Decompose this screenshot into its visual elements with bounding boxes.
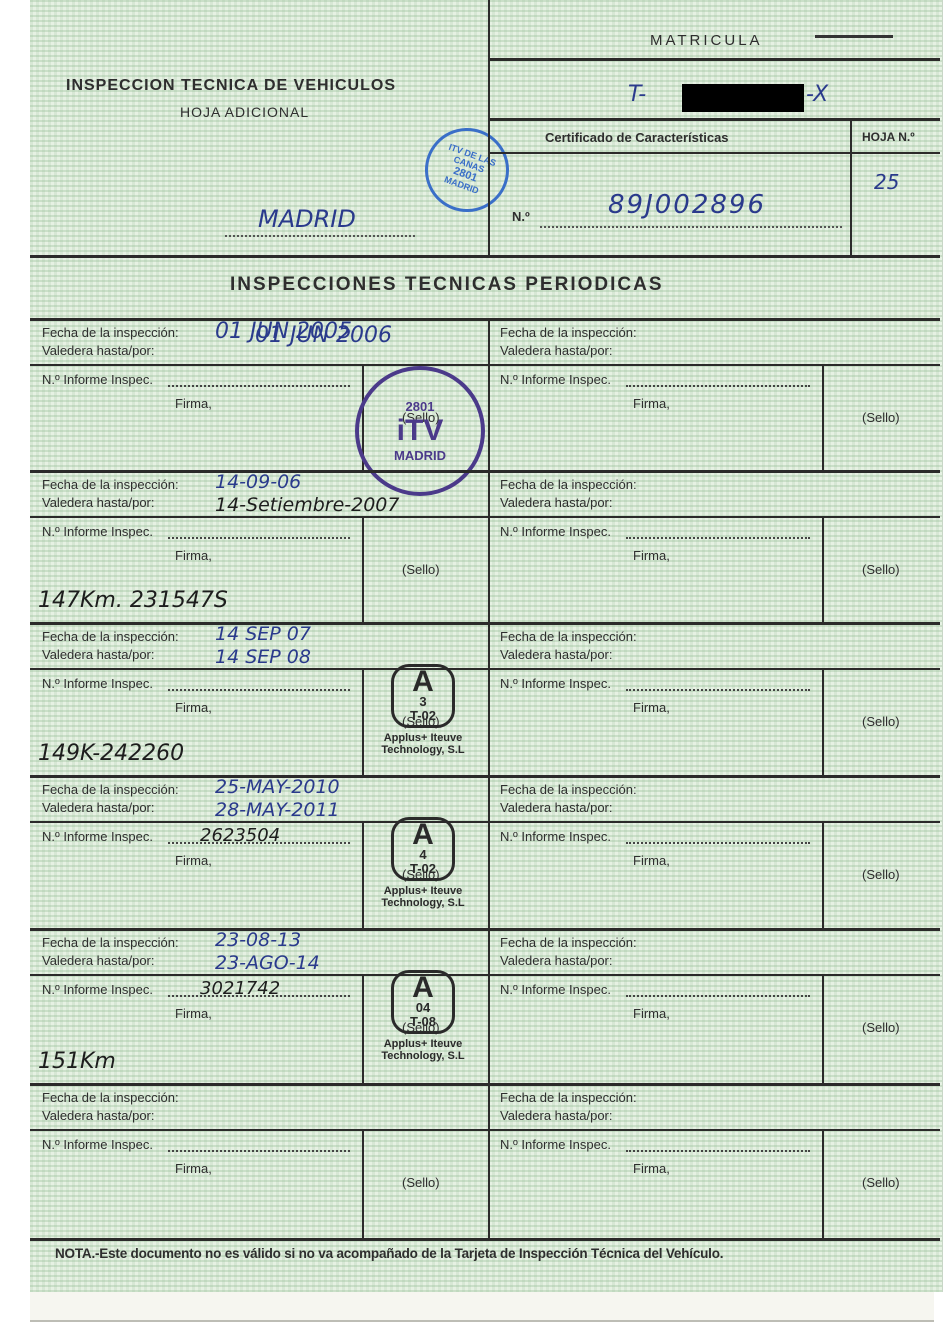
informe-value: 3021742 (200, 978, 280, 999)
plate-prefix: T- (628, 82, 646, 107)
stamp-code: T-02 (410, 862, 436, 876)
valedera-rule (488, 821, 940, 823)
cert-rule (488, 152, 940, 154)
sello-label: (Sello) (862, 1175, 900, 1190)
firma-label: Firma, (175, 396, 212, 411)
valedera-label: Valedera hasta/por: (500, 495, 613, 510)
fecha-label: Fecha de la inspección: (500, 325, 637, 340)
fecha-value: 14 SEP 07 (215, 623, 311, 645)
sello-divider (362, 516, 364, 622)
column-divider (488, 318, 490, 470)
applus-logo-icon: A04T-08 (391, 970, 455, 1034)
informe-label: N.º Informe Inspec. (500, 829, 611, 844)
firma-label: Firma, (175, 700, 212, 715)
valedera-value: 28-MAY-2011 (215, 799, 340, 821)
valedera-value: 14-Setiembre-2007 (215, 494, 399, 516)
valedera-label: Valedera hasta/por: (500, 800, 613, 815)
sello-divider (822, 668, 824, 775)
firma-label: Firma, (175, 548, 212, 563)
stamp-number: 04 (416, 1001, 430, 1015)
informe-label: N.º Informe Inspec. (500, 676, 611, 691)
sello-label: (Sello) (862, 562, 900, 577)
sello-divider (362, 974, 364, 1083)
sello-divider (822, 516, 824, 622)
fecha-label: Fecha de la inspección: (42, 935, 179, 950)
informe-dotted-line (168, 1150, 350, 1152)
sello-divider (822, 1129, 824, 1238)
informe-dotted-line (168, 537, 350, 539)
row-rule (30, 928, 940, 931)
valedera-label: Valedera hasta/por: (42, 800, 155, 815)
handwritten-note: 149K-242260 (38, 741, 184, 766)
stamp-code: T-08 (410, 1015, 436, 1029)
stamp-text: iTV (397, 414, 444, 448)
informe-dotted-line (626, 689, 810, 691)
row-rule (30, 622, 940, 625)
valedera-value: 01 JUN 2006 (255, 323, 392, 348)
firma-label: Firma, (633, 1161, 670, 1176)
informe-label: N.º Informe Inspec. (42, 829, 153, 844)
column-divider (488, 470, 490, 622)
fecha-label: Fecha de la inspección: (500, 629, 637, 644)
sello-divider (822, 821, 824, 928)
stamp-grade: A (412, 669, 434, 695)
informe-label: N.º Informe Inspec. (42, 372, 153, 387)
certificado-numero: 89J002896 (608, 190, 766, 220)
valedera-label: Valedera hasta/por: (500, 343, 613, 358)
fecha-value: 23-08-13 (215, 929, 301, 951)
firma-label: Firma, (633, 396, 670, 411)
sello-label: (Sello) (402, 1175, 440, 1190)
row-rule (30, 1083, 940, 1086)
firma-label: Firma, (633, 1006, 670, 1021)
stamp-code: T-02 (410, 709, 436, 723)
valedera-label: Valedera hasta/por: (42, 495, 155, 510)
plate-rule (488, 118, 940, 121)
informe-dotted-line (626, 385, 810, 387)
valedera-label: Valedera hasta/por: (42, 343, 155, 358)
nota-text: NOTA.-Este documento no es válido si no … (55, 1246, 723, 1261)
firma-label: Firma, (633, 700, 670, 715)
valedera-label: Valedera hasta/por: (500, 1108, 613, 1123)
sello-divider (822, 974, 824, 1083)
valedera-rule (30, 1129, 488, 1131)
sello-label: (Sello) (862, 1020, 900, 1035)
sello-label: (Sello) (862, 410, 900, 425)
stamp-number: 3 (419, 695, 426, 709)
sello-label: (Sello) (862, 714, 900, 729)
valedera-label: Valedera hasta/por: (42, 953, 155, 968)
informe-label: N.º Informe Inspec. (500, 372, 611, 387)
fecha-label: Fecha de la inspección: (42, 1090, 179, 1105)
informe-dotted-line (626, 995, 810, 997)
handwritten-note: 147Km. 231547S (38, 588, 228, 613)
sello-divider (362, 821, 364, 928)
valedera-rule (488, 516, 940, 518)
city-dotted-line (225, 235, 415, 237)
matricula-label: MATRICULA (650, 32, 763, 49)
document-title: INSPECCION TECNICA DE VEHICULOS (66, 77, 396, 95)
firma-label: Firma, (175, 853, 212, 868)
informe-label: N.º Informe Inspec. (500, 1137, 611, 1152)
document-subtitle: HOJA ADICIONAL (180, 104, 309, 120)
valedera-rule (488, 668, 940, 670)
column-divider (488, 1083, 490, 1238)
valedera-label: Valedera hasta/por: (42, 1108, 155, 1123)
informe-label: N.º Informe Inspec. (42, 982, 153, 997)
numero-dotted-line (540, 226, 842, 228)
stamp-caption: Applus+ Iteuve Technology, S.L (368, 732, 478, 756)
valedera-value: 23-AGO-14 (215, 952, 320, 974)
applus-logo-icon: A4T-02 (391, 817, 455, 881)
fecha-value: 14-09-06 (215, 471, 301, 493)
informe-label: N.º Informe Inspec. (42, 524, 153, 539)
sello-divider (822, 364, 824, 470)
row-rule (30, 318, 940, 321)
fecha-label: Fecha de la inspección: (500, 477, 637, 492)
stamp-caption: Applus+ Iteuve Technology, S.L (368, 1038, 478, 1062)
column-divider (488, 775, 490, 928)
stamp-number: 4 (419, 848, 426, 862)
section-title: INSPECCIONES TECNICAS PERIODICAS (230, 274, 664, 296)
fecha-value: 25-MAY-2010 (215, 776, 340, 798)
numero-label: N.º (512, 209, 530, 224)
informe-label: N.º Informe Inspec. (500, 524, 611, 539)
sello-label: (Sello) (402, 562, 440, 577)
firma-label: Firma, (633, 853, 670, 868)
header-bottom-rule (30, 255, 940, 258)
informe-value: 2623504 (200, 825, 280, 846)
informe-dotted-line (626, 537, 810, 539)
informe-dotted-line (168, 385, 350, 387)
fecha-label: Fecha de la inspección: (42, 629, 179, 644)
firma-label: Firma, (175, 1161, 212, 1176)
header-divider (488, 0, 490, 255)
matricula-dash (815, 35, 893, 38)
column-divider (488, 622, 490, 775)
itv-madrid-stamp: 2801iTVMADRID (355, 366, 485, 496)
informe-label: N.º Informe Inspec. (500, 982, 611, 997)
matricula-rule (488, 58, 940, 61)
applus-stamp: A04T-08Applus+ Iteuve Technology, S.L (368, 970, 478, 1062)
valedera-label: Valedera hasta/por: (500, 953, 613, 968)
valedera-label: Valedera hasta/por: (500, 647, 613, 662)
hoja-numero: 25 (874, 170, 899, 194)
valedera-rule (30, 516, 488, 518)
fecha-label: Fecha de la inspección: (42, 782, 179, 797)
applus-logo-icon: A3T-02 (391, 664, 455, 728)
plate-suffix: -X (806, 82, 828, 107)
valedera-value: 14 SEP 08 (215, 646, 311, 668)
sello-divider (362, 668, 364, 775)
hoja-divider (850, 118, 852, 255)
stamp-grade: A (412, 975, 434, 1001)
sello-label: (Sello) (862, 867, 900, 882)
fecha-label: Fecha de la inspección: (500, 935, 637, 950)
fecha-label: Fecha de la inspección: (500, 1090, 637, 1105)
stamp-text: MADRID (394, 448, 446, 463)
valedera-rule (488, 974, 940, 976)
valedera-label: Valedera hasta/por: (42, 647, 155, 662)
informe-label: N.º Informe Inspec. (42, 1137, 153, 1152)
row-rule (30, 775, 940, 778)
fecha-label: Fecha de la inspección: (42, 325, 179, 340)
grid-bottom-rule (30, 1238, 940, 1241)
informe-dotted-line (626, 1150, 810, 1152)
firma-label: Firma, (633, 548, 670, 563)
plate-redaction (682, 84, 804, 112)
certificado-label: Certificado de Características (545, 130, 729, 145)
fecha-label: Fecha de la inspección: (42, 477, 179, 492)
applus-stamp: A3T-02Applus+ Iteuve Technology, S.L (368, 664, 478, 756)
stamp-text: 2801 (406, 399, 435, 414)
informe-dotted-line (626, 842, 810, 844)
handwritten-note: 151Km (38, 1049, 116, 1074)
torn-stub (30, 1292, 934, 1322)
column-divider (488, 928, 490, 1083)
stamp-grade: A (412, 822, 434, 848)
firma-label: Firma, (175, 1006, 212, 1021)
stamp-caption: Applus+ Iteuve Technology, S.L (368, 885, 478, 909)
valedera-rule (488, 364, 940, 366)
informe-dotted-line (168, 689, 350, 691)
hoja-label: HOJA N.º (862, 130, 915, 144)
applus-stamp: A4T-02Applus+ Iteuve Technology, S.L (368, 817, 478, 909)
valedera-rule (488, 1129, 940, 1131)
row-rule (30, 470, 940, 473)
city-handwritten: MADRID (258, 205, 356, 233)
sello-divider (362, 1129, 364, 1238)
informe-label: N.º Informe Inspec. (42, 676, 153, 691)
fecha-label: Fecha de la inspección: (500, 782, 637, 797)
